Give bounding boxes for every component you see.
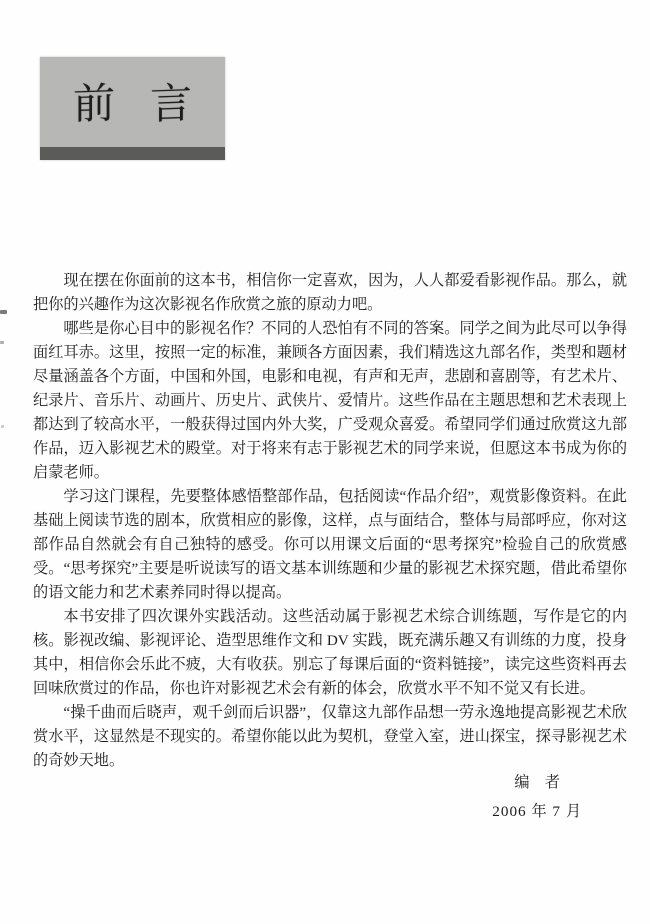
page-title: 前 言: [40, 71, 225, 131]
paragraph-1: 现在摆在你面前的这本书，相信你一定喜欢，因为，人人都爱看影视作品。那么，就把你的…: [33, 269, 627, 317]
author-signature: 编 者: [492, 771, 582, 795]
preface-title-box: 前 言: [40, 57, 225, 160]
title-char-yan: 言: [150, 70, 192, 132]
title-box-bottom-bar: [40, 147, 225, 160]
scan-artifact: [0, 310, 7, 314]
paragraph-2: 哪些是你心目中的影视名作？不同的人恐怕有不同的答案。同学之间为此尽可以争得面红耳…: [33, 317, 627, 485]
signature-block: 编 者 2006 年 7 月: [492, 771, 582, 824]
preface-page: 前 言 现在摆在你面前的这本书，相信你一定喜欢，因为，人人都爱看影视作品。那么，…: [0, 0, 650, 924]
title-char-qian: 前: [73, 70, 115, 132]
scan-artifact: [0, 341, 4, 344]
scan-artifact: [1, 425, 4, 428]
signature-date: 2006 年 7 月: [492, 800, 582, 824]
preface-body: 现在摆在你面前的这本书，相信你一定喜欢，因为，人人都爱看影视作品。那么，就把你的…: [33, 269, 627, 773]
paragraph-5: “操千曲而后晓声，观千剑而后识器”，仅靠这九部作品想一劳永逸地提高影视艺术欣赏水…: [33, 701, 627, 773]
paragraph-4: 本书安排了四次课外实践活动。这些活动属于影视艺术综合训练题，写作是它的内核。影视…: [33, 605, 627, 701]
paragraph-3: 学习这门课程，先要整体感悟整部作品，包括阅读“作品介绍”，观赏影像资料。在此基础…: [33, 485, 627, 605]
